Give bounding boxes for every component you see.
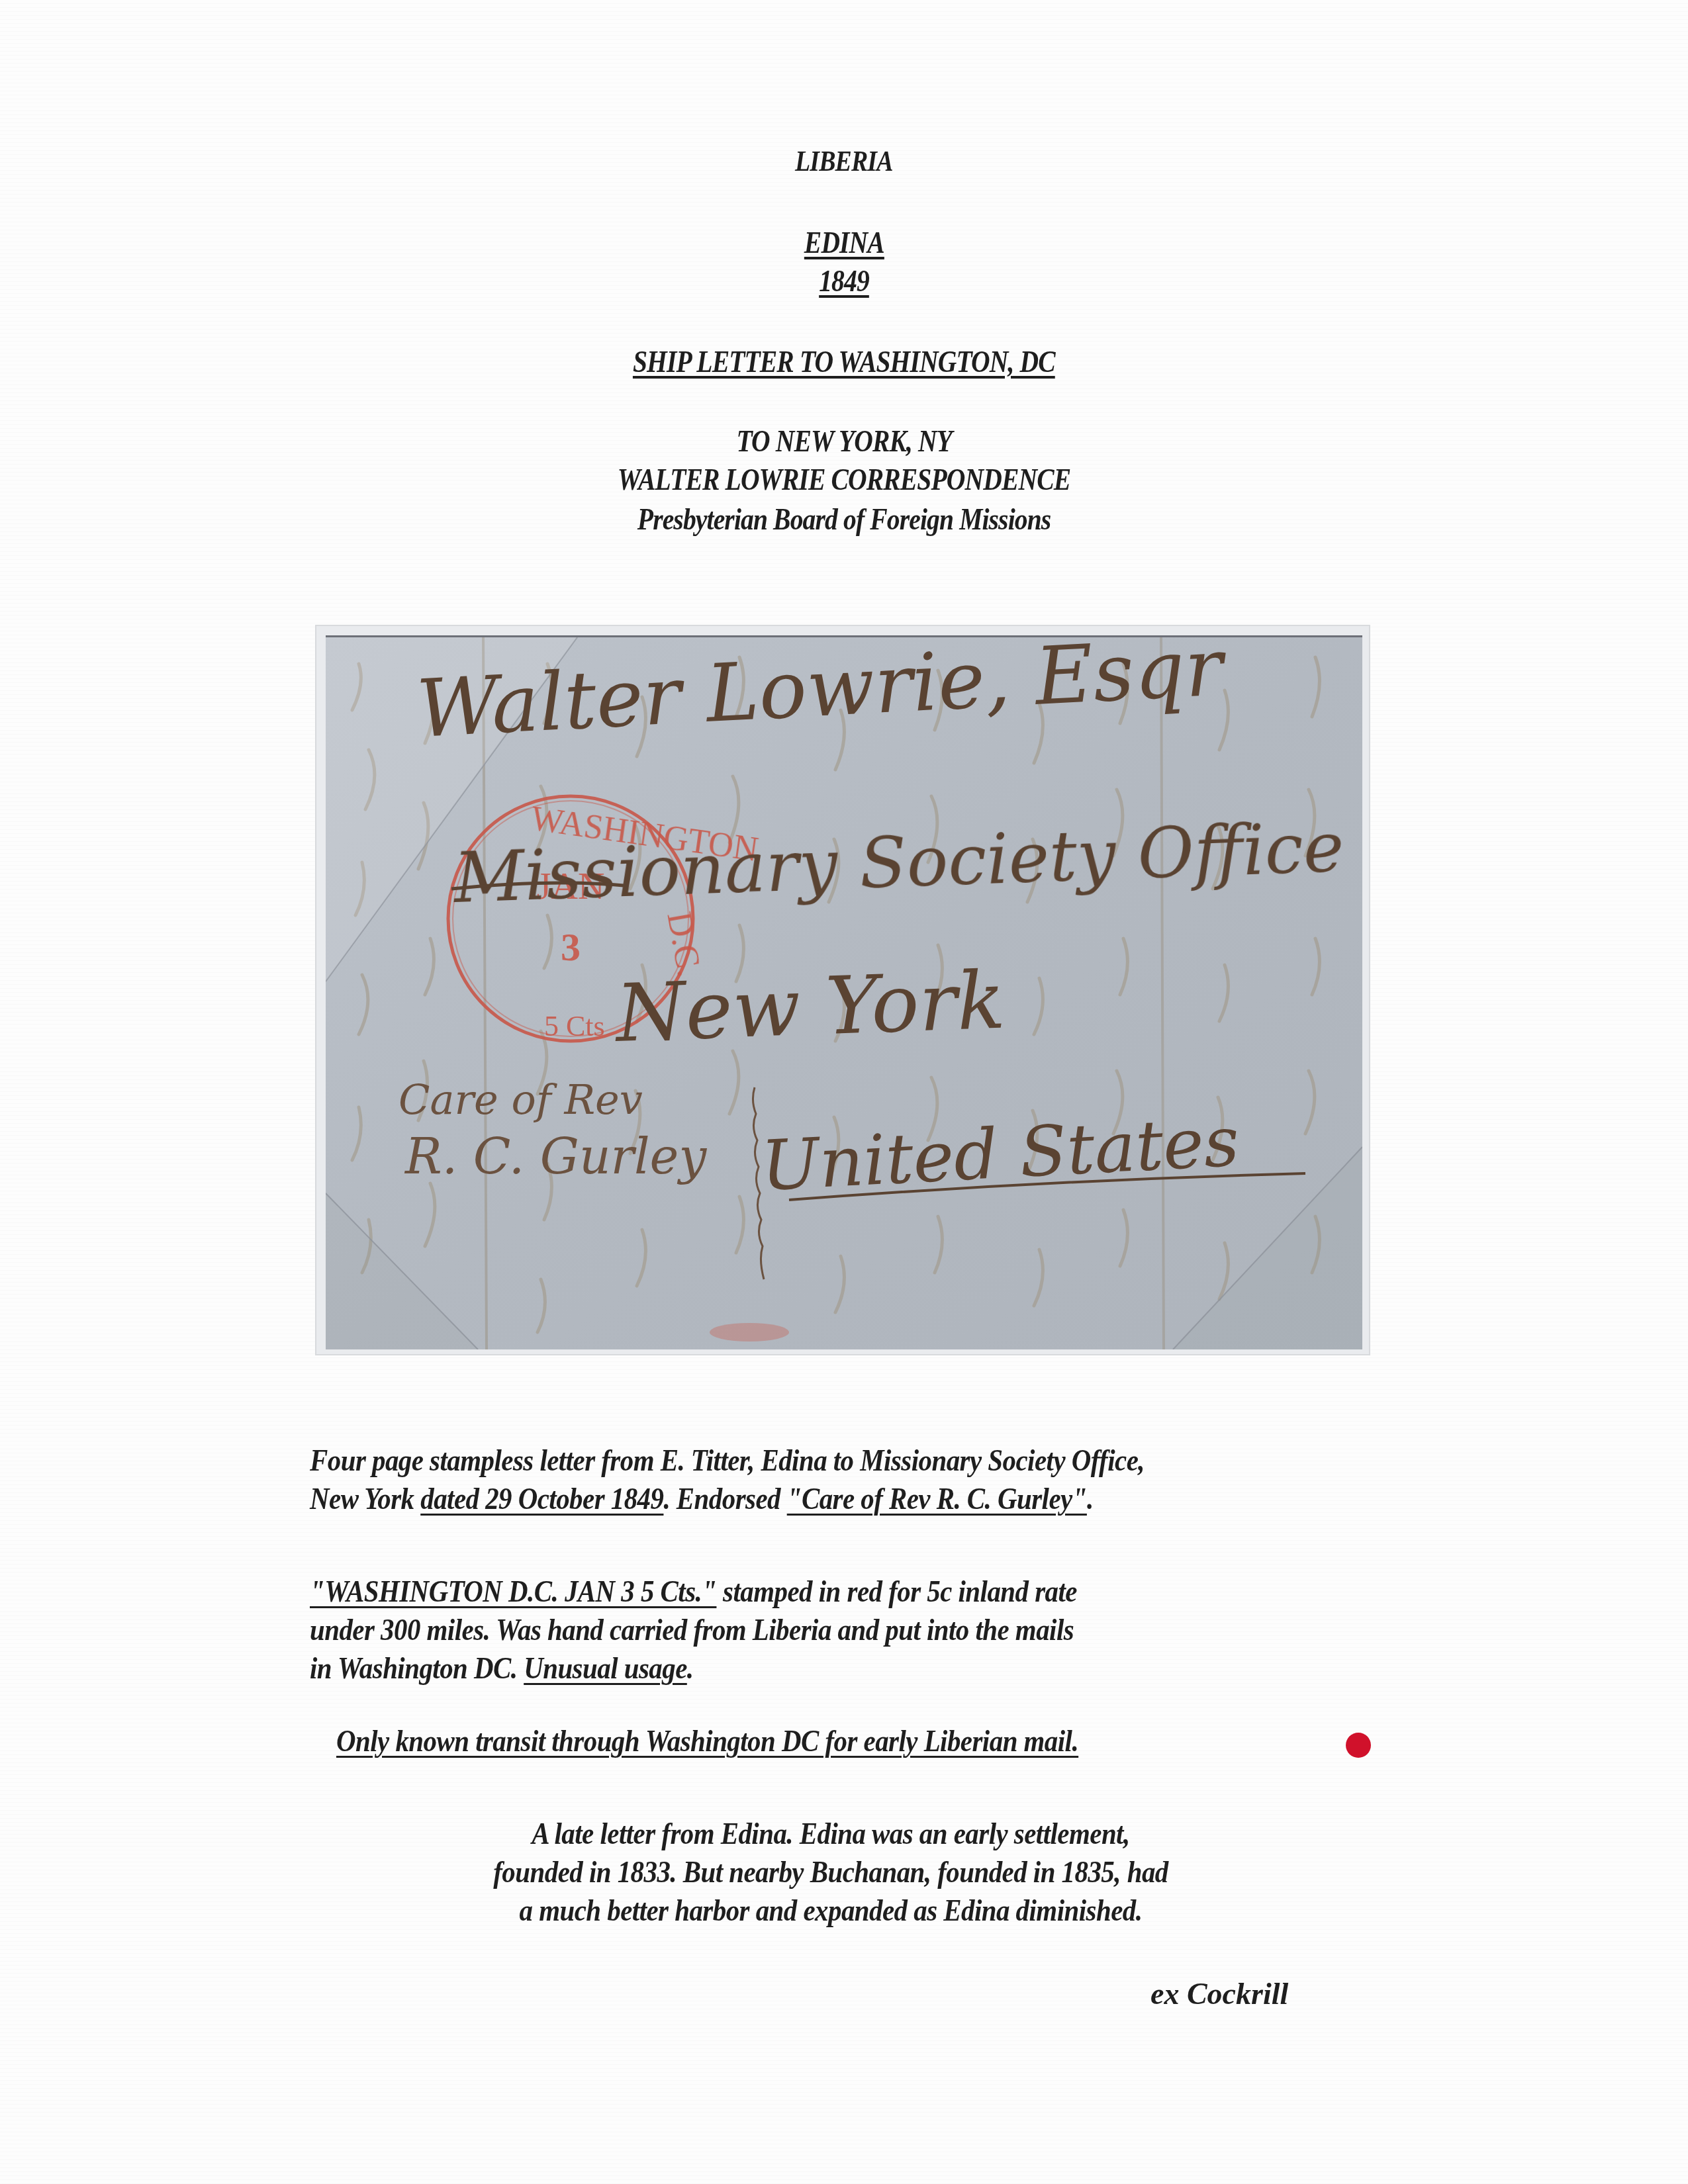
correspondence-title: WALTER LOWRIE CORRESPONDENCE bbox=[0, 462, 1688, 497]
organization-title-text: Presbyterian Board of Foreign Missions bbox=[637, 502, 1051, 537]
paragraph-2-line-1-rest: stamped in red for 5c inland rate bbox=[716, 1574, 1077, 1609]
destination-title-text: TO NEW YORK, NY bbox=[736, 424, 952, 459]
address-line-city: New York bbox=[612, 955, 1006, 1061]
country-title-text: LIBERIA bbox=[795, 144, 893, 178]
postmark-rate: 5 Cts bbox=[544, 1010, 605, 1042]
destination-title: TO NEW YORK, NY bbox=[0, 424, 1688, 459]
stampless-cover-image: JAN 3 WASHINGTON D.C. 5 Cts Walter Lowri… bbox=[326, 635, 1362, 1349]
organization-title: Presbyterian Board of Foreign Missions bbox=[0, 502, 1688, 537]
paragraph-1-period: . bbox=[1087, 1482, 1094, 1516]
town-title: EDINA bbox=[0, 225, 1688, 260]
correspondence-title-text: WALTER LOWRIE CORRESPONDENCE bbox=[618, 462, 1071, 497]
country-title: LIBERIA bbox=[0, 144, 1688, 178]
cover-artwork: JAN 3 WASHINGTON D.C. 5 Cts Walter Lowri… bbox=[326, 637, 1362, 1349]
year-title-text: 1849 bbox=[819, 263, 869, 298]
paragraph-2-line-3: in Washington DC. Unusual usage. bbox=[310, 1649, 1077, 1688]
red-dot-marker-icon bbox=[1346, 1733, 1371, 1758]
endorsement-quote: "Care of Rev R. C. Gurley" bbox=[787, 1482, 1087, 1516]
endorsement-line-2: R. C. Gurley bbox=[404, 1128, 707, 1185]
highlight-statement: Only known transit through Washington DC… bbox=[336, 1722, 1190, 1760]
unusual-usage-note: Unusual usage bbox=[524, 1651, 687, 1686]
letter-date: dated 29 October 1849 bbox=[420, 1482, 663, 1516]
paragraph-3-line-2: founded in 1833. But nearby Buchanan, fo… bbox=[85, 1853, 1576, 1891]
paragraph-1-city: New York bbox=[310, 1482, 420, 1516]
year-title: 1849 bbox=[0, 263, 1688, 298]
paragraph-1-connector: . Endorsed bbox=[663, 1482, 786, 1516]
route-title: SHIP LETTER TO WASHINGTON, DC bbox=[0, 344, 1688, 379]
paragraph-1-line-2: New York dated 29 October 1849. Endorsed… bbox=[310, 1480, 1145, 1518]
paragraph-3-line-3: a much better harbor and expanded as Edi… bbox=[85, 1891, 1576, 1930]
highlight-text: Only known transit through Washington DC… bbox=[336, 1722, 1078, 1760]
postmark-description: "WASHINGTON D.C. JAN 3 5 Cts." bbox=[310, 1574, 716, 1609]
provenance-note: ex Cockrill bbox=[1150, 1976, 1288, 2011]
route-title-text: SHIP LETTER TO WASHINGTON, DC bbox=[633, 344, 1055, 379]
paragraph-2-line-2: under 300 miles. Was hand carried from L… bbox=[310, 1611, 1077, 1649]
paragraph-2-line-3-prefix: in Washington DC. bbox=[310, 1651, 524, 1686]
endorsement-line-1: Care of Rev bbox=[399, 1075, 643, 1124]
paragraph-1-line-1: Four page stampless letter from E. Titte… bbox=[310, 1441, 1145, 1480]
paragraph-2-line-1: "WASHINGTON D.C. JAN 3 5 Cts." stamped i… bbox=[310, 1572, 1077, 1611]
paragraph-2-period: . bbox=[687, 1651, 694, 1686]
description-paragraph-2: "WASHINGTON D.C. JAN 3 5 Cts." stamped i… bbox=[310, 1572, 1192, 1688]
town-title-text: EDINA bbox=[804, 225, 884, 260]
description-paragraph-3: A late letter from Edina. Edina was an e… bbox=[0, 1815, 1688, 1930]
postmark-day: 3 bbox=[561, 925, 581, 969]
description-paragraph-1: Four page stampless letter from E. Titte… bbox=[310, 1441, 1269, 1518]
paragraph-3-line-1: A late letter from Edina. Edina was an e… bbox=[85, 1815, 1576, 1853]
